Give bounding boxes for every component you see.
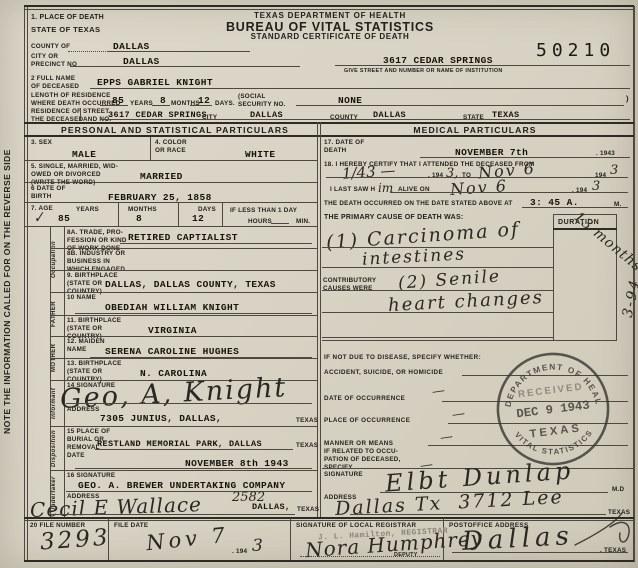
file-date-year-hand: 3	[252, 536, 263, 556]
age-div3	[222, 203, 223, 226]
father-group-label: FATHER	[51, 292, 64, 336]
if-not-due-label: IF NOT DUE TO DISEASE, SPECIFY WHETHER:	[324, 354, 481, 362]
color-race-value: WHITE	[245, 149, 276, 160]
undertaker-signature-label: 16 SIGNATURE	[67, 472, 115, 480]
physician-addr-line	[350, 514, 606, 515]
occupation-group-label: Occupation	[51, 228, 64, 290]
trade-value: RETIRED CAPTIALIST	[128, 232, 238, 243]
postoffice-line	[452, 552, 628, 553]
months-line	[152, 105, 170, 106]
border-top	[24, 5, 634, 7]
min-label: MIN.	[296, 218, 310, 226]
row9-border	[50, 292, 318, 293]
age-years-value: 85	[58, 213, 70, 224]
burial-date-label: DATE	[67, 452, 85, 460]
informant-address-value: 7305 JUNIUS, DALLAS,	[100, 413, 222, 424]
place-occurrence-label: PLACE OF OCCURRENCE	[324, 417, 410, 425]
sex-value: MALE	[72, 149, 96, 160]
residence-brace	[80, 108, 81, 121]
cause-area-bottom	[322, 340, 617, 341]
bottom-band-top	[24, 517, 634, 519]
certify-year2-hand: 3	[610, 163, 618, 178]
county-leader	[68, 51, 108, 52]
physician-signature-label: SIGNATURE	[324, 471, 363, 479]
row12-border	[50, 358, 318, 359]
cause-rule4	[322, 312, 553, 313]
certificate-number: 50210	[536, 40, 615, 61]
age-years-label: YEARS	[76, 206, 99, 214]
birthplace-deceased-value: DALLAS, DALLAS COUNTY, TEXAS	[105, 279, 276, 290]
cause1-line2: intestines	[362, 244, 467, 269]
age-days-value: 12	[192, 213, 204, 224]
street-line	[335, 65, 630, 66]
file-date-printed: . 194	[232, 548, 247, 556]
dateocc-dash: —	[431, 383, 446, 400]
right-margin-note: 3-94	[620, 277, 638, 319]
file-date-value: Nov 7	[145, 523, 230, 556]
row8a-border	[50, 248, 318, 249]
if-less-than-day-label: IF LESS THAN 1 DAY	[230, 207, 297, 215]
informant-sig-line	[66, 403, 312, 404]
occurred-label: THE DEATH OCCURRED ON THE DATE STATED AB…	[324, 200, 513, 208]
informant-address-label: ADDRESS	[67, 406, 100, 414]
duration-value: 13 months	[571, 209, 638, 275]
row6-border	[24, 202, 318, 203]
city-line	[70, 66, 300, 67]
received-stamp: DEPARTMENT OF HEALTH VITAL STATISTICS RE…	[487, 343, 619, 475]
file-number-value: 3293	[39, 525, 111, 556]
deputy-dotted-line	[300, 556, 440, 557]
age-div2	[178, 203, 179, 226]
age-div1	[118, 203, 119, 226]
date-occurrence-label: DATE OF OCCURRENCE	[324, 395, 405, 403]
county-line	[108, 51, 250, 52]
certificate-title: STANDARD CERTIFICATE OF DEATH	[180, 32, 480, 42]
burial-place-state: TEXAS	[296, 442, 318, 450]
file-date-label: FILE DATE	[114, 522, 148, 530]
row11-border	[50, 336, 318, 337]
undertaker-addr-line	[50, 514, 295, 515]
undertaker-address-state: TEXAS	[297, 506, 319, 514]
primary-cause-label: THE PRIMARY CAUSE OF DEATH WAS:	[324, 213, 463, 222]
sex-label: 3. SEX	[31, 139, 52, 147]
death-certificate-document: NOTE THE INFORMATION CALLED FOR ON THE R…	[0, 0, 638, 568]
stamp-received-text: RECEIVED	[517, 381, 584, 400]
marital-value: MARRIED	[140, 171, 183, 182]
bottom-div2	[290, 518, 291, 560]
ssn-label: (SOCIAL SECURITY NO.	[238, 93, 286, 109]
deputy-label: DEPUTY	[394, 552, 418, 559]
residence-line	[100, 119, 630, 120]
accident-label: ACCIDENT, SUICIDE, OR HOMICIDE	[324, 369, 443, 377]
lastsaw-line	[390, 192, 628, 193]
age-months-label: MONTHS	[128, 206, 157, 214]
handwritten-flourish	[570, 505, 638, 550]
band-bottom-rule	[24, 135, 634, 137]
stamp-date-text: DEC 9 1943	[516, 398, 591, 421]
certify-from-value: 1/43 —	[341, 161, 396, 183]
bottom-band-top-inner	[24, 520, 634, 521]
row5-border	[24, 182, 318, 183]
occurred-line	[522, 207, 628, 208]
mother-maiden-label: 12. MAIDEN NAME	[67, 338, 105, 354]
years-label: YEARS	[130, 100, 153, 108]
manner-means-label: MANNER OR MEANS	[324, 440, 393, 448]
undertaker-address-city: DALLAS,	[252, 502, 291, 512]
burial-line	[95, 449, 293, 450]
column-divider-inner	[320, 122, 321, 518]
sex-color-divider	[150, 137, 151, 160]
row3-border	[24, 160, 318, 161]
hours-label: HOURS	[248, 218, 272, 226]
full-name-value: EPPS GABRIEL KNIGHT	[97, 77, 213, 88]
ssn-paren-close: )	[626, 94, 629, 104]
days-label: DAYS.	[215, 100, 235, 108]
death-date-label: 17. DATE OF DEATH	[324, 139, 364, 155]
days-line	[190, 105, 212, 106]
border-top-inner	[24, 9, 634, 10]
stamp-state-text: TEXAS	[529, 422, 582, 440]
ssn-line	[296, 105, 624, 106]
reverse-side-note: NOTE THE INFORMATION CALLED FOR ON THE R…	[2, 92, 18, 492]
duration-box-right	[616, 214, 617, 340]
disposition-group-label: Disposition	[51, 426, 64, 470]
place-of-death-label: 1. PLACE OF DEATH	[31, 13, 104, 22]
cause-rule5	[322, 337, 553, 338]
trade-line	[120, 243, 312, 244]
color-race-label: 4. COLOR OR RACE	[155, 139, 187, 155]
father-name-label: 10 NAME	[67, 294, 96, 302]
placeocc-dash: —	[451, 406, 466, 423]
death-date-line	[420, 157, 630, 158]
state-of-texas-label: STATE OF TEXAS	[31, 25, 100, 35]
row10-border	[50, 315, 318, 316]
cause-rule2	[322, 267, 553, 268]
physician-md-label: M.D	[612, 486, 624, 494]
band-top-rule	[24, 122, 634, 124]
birth-date-label: 6 DATE OF BIRTH	[31, 185, 66, 201]
father-name-line	[75, 313, 312, 314]
border-left	[24, 6, 25, 562]
county-label: COUNTY OF	[31, 43, 70, 51]
years-line	[100, 105, 128, 106]
marital-label: 5. SINGLE, MARRIED, WID- OWED OR DIVORCE…	[31, 163, 118, 188]
full-name-line	[90, 88, 630, 89]
street-hint: GIVE STREET AND NUMBER OR NAME OF INSTIT…	[344, 68, 503, 75]
mother-maiden-value: SERENA CAROLINE HUGHES	[105, 346, 239, 357]
lastsaw-pre-label: I LAST SAW H	[330, 186, 375, 194]
row7-border	[24, 226, 318, 227]
row8b-border	[50, 270, 318, 271]
father-name-value: OBEDIAH WILLIAM KNIGHT	[105, 302, 239, 313]
age-months-value: 8	[136, 213, 142, 224]
burial-date-line	[75, 468, 312, 469]
father-birthplace-value: VIRGINIA	[148, 325, 197, 336]
personal-section-title: PERSONAL AND STATISTICAL PARTICULARS	[40, 125, 310, 135]
full-name-label: 2 FULL NAME OF DECEASED	[31, 75, 79, 91]
manner-dash: —	[439, 429, 454, 446]
medical-section-title: MEDICAL PARTICULARS	[330, 125, 620, 135]
burial-place-value: RESTLAND MEMORIAL PARK, DALLAS	[97, 439, 262, 449]
row14-border	[50, 426, 318, 427]
hours-line	[271, 223, 289, 224]
duration-box-left	[553, 214, 554, 340]
informant-address-state: TEXAS	[296, 417, 318, 425]
row15-border	[50, 470, 318, 471]
lastsaw-date-value: Nov 6	[449, 176, 508, 199]
border-left-inner	[27, 6, 28, 562]
